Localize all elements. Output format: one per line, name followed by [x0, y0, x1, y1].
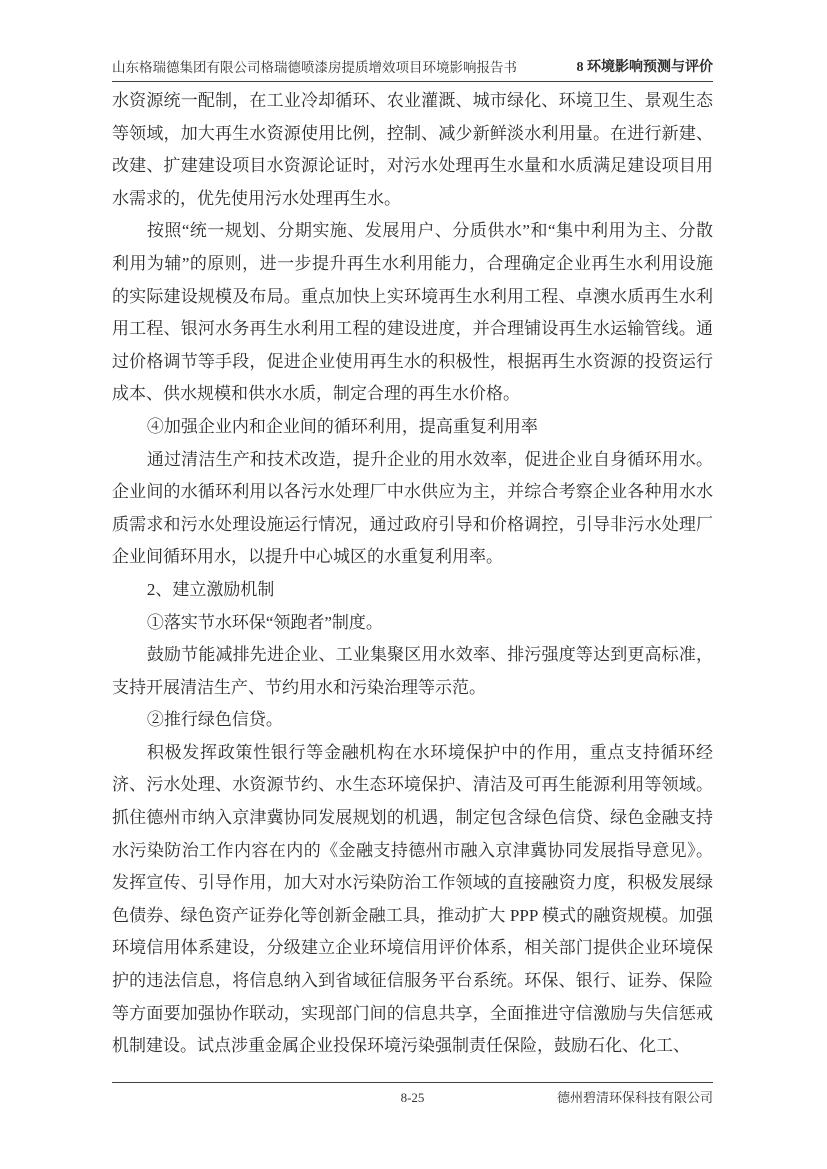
footer-company: 德州碧清环保科技有限公司 — [557, 1089, 713, 1107]
body-paragraph: ②推行绿色信贷。 — [112, 704, 713, 737]
body-paragraph: 水资源统一配制，在工业冷却循环、农业灌溉、城市绿化、环境卫生、景观生态等领域，加… — [112, 85, 713, 215]
document-body: 水资源统一配制，在工业冷却循环、农业灌溉、城市绿化、环境卫生、景观生态等领域，加… — [112, 85, 713, 1063]
body-paragraph: ④加强企业内和企业间的循环利用，提高重复利用率 — [112, 411, 713, 444]
header-chapter-title: 8 环境影响预测与评价 — [577, 56, 714, 76]
page-header: 山东格瑞德集团有限公司格瑞德喷漆房提质增效项目环境影响报告书 8 环境影响预测与… — [112, 48, 713, 82]
body-paragraph: 通过清洁生产和技术改造，提升企业的用水效率，促进企业自身循环用水。企业间的水循环… — [112, 444, 713, 574]
header-doc-title: 山东格瑞德集团有限公司格瑞德喷漆房提质增效项目环境影响报告书 — [112, 56, 517, 76]
page-number: 8-25 — [401, 1090, 425, 1105]
body-paragraph: 积极发挥政策性银行等金融机构在水环境保护中的作用，重点支持循环经济、污水处理、水… — [112, 737, 713, 1063]
body-paragraph: 按照“统一规划、分期实施、发展用户、分质供水”和“集中利用为主、分散利用为辅”的… — [112, 215, 713, 411]
body-paragraph: 2、建立激励机制 — [112, 574, 713, 607]
body-paragraph: 鼓励节能减排先进企业、工业集聚区用水效率、排污强度等达到更高标准，支持开展清洁生… — [112, 639, 713, 704]
body-paragraph: ①落实节水环保“领跑者”制度。 — [112, 607, 713, 640]
footer-content: 8-25 德州碧清环保科技有限公司 — [112, 1089, 713, 1109]
document-page: 山东格瑞德集团有限公司格瑞德喷漆房提质增效项目环境影响报告书 8 环境影响预测与… — [0, 0, 827, 1169]
page-footer: 8-25 德州碧清环保科技有限公司 — [112, 1082, 713, 1109]
